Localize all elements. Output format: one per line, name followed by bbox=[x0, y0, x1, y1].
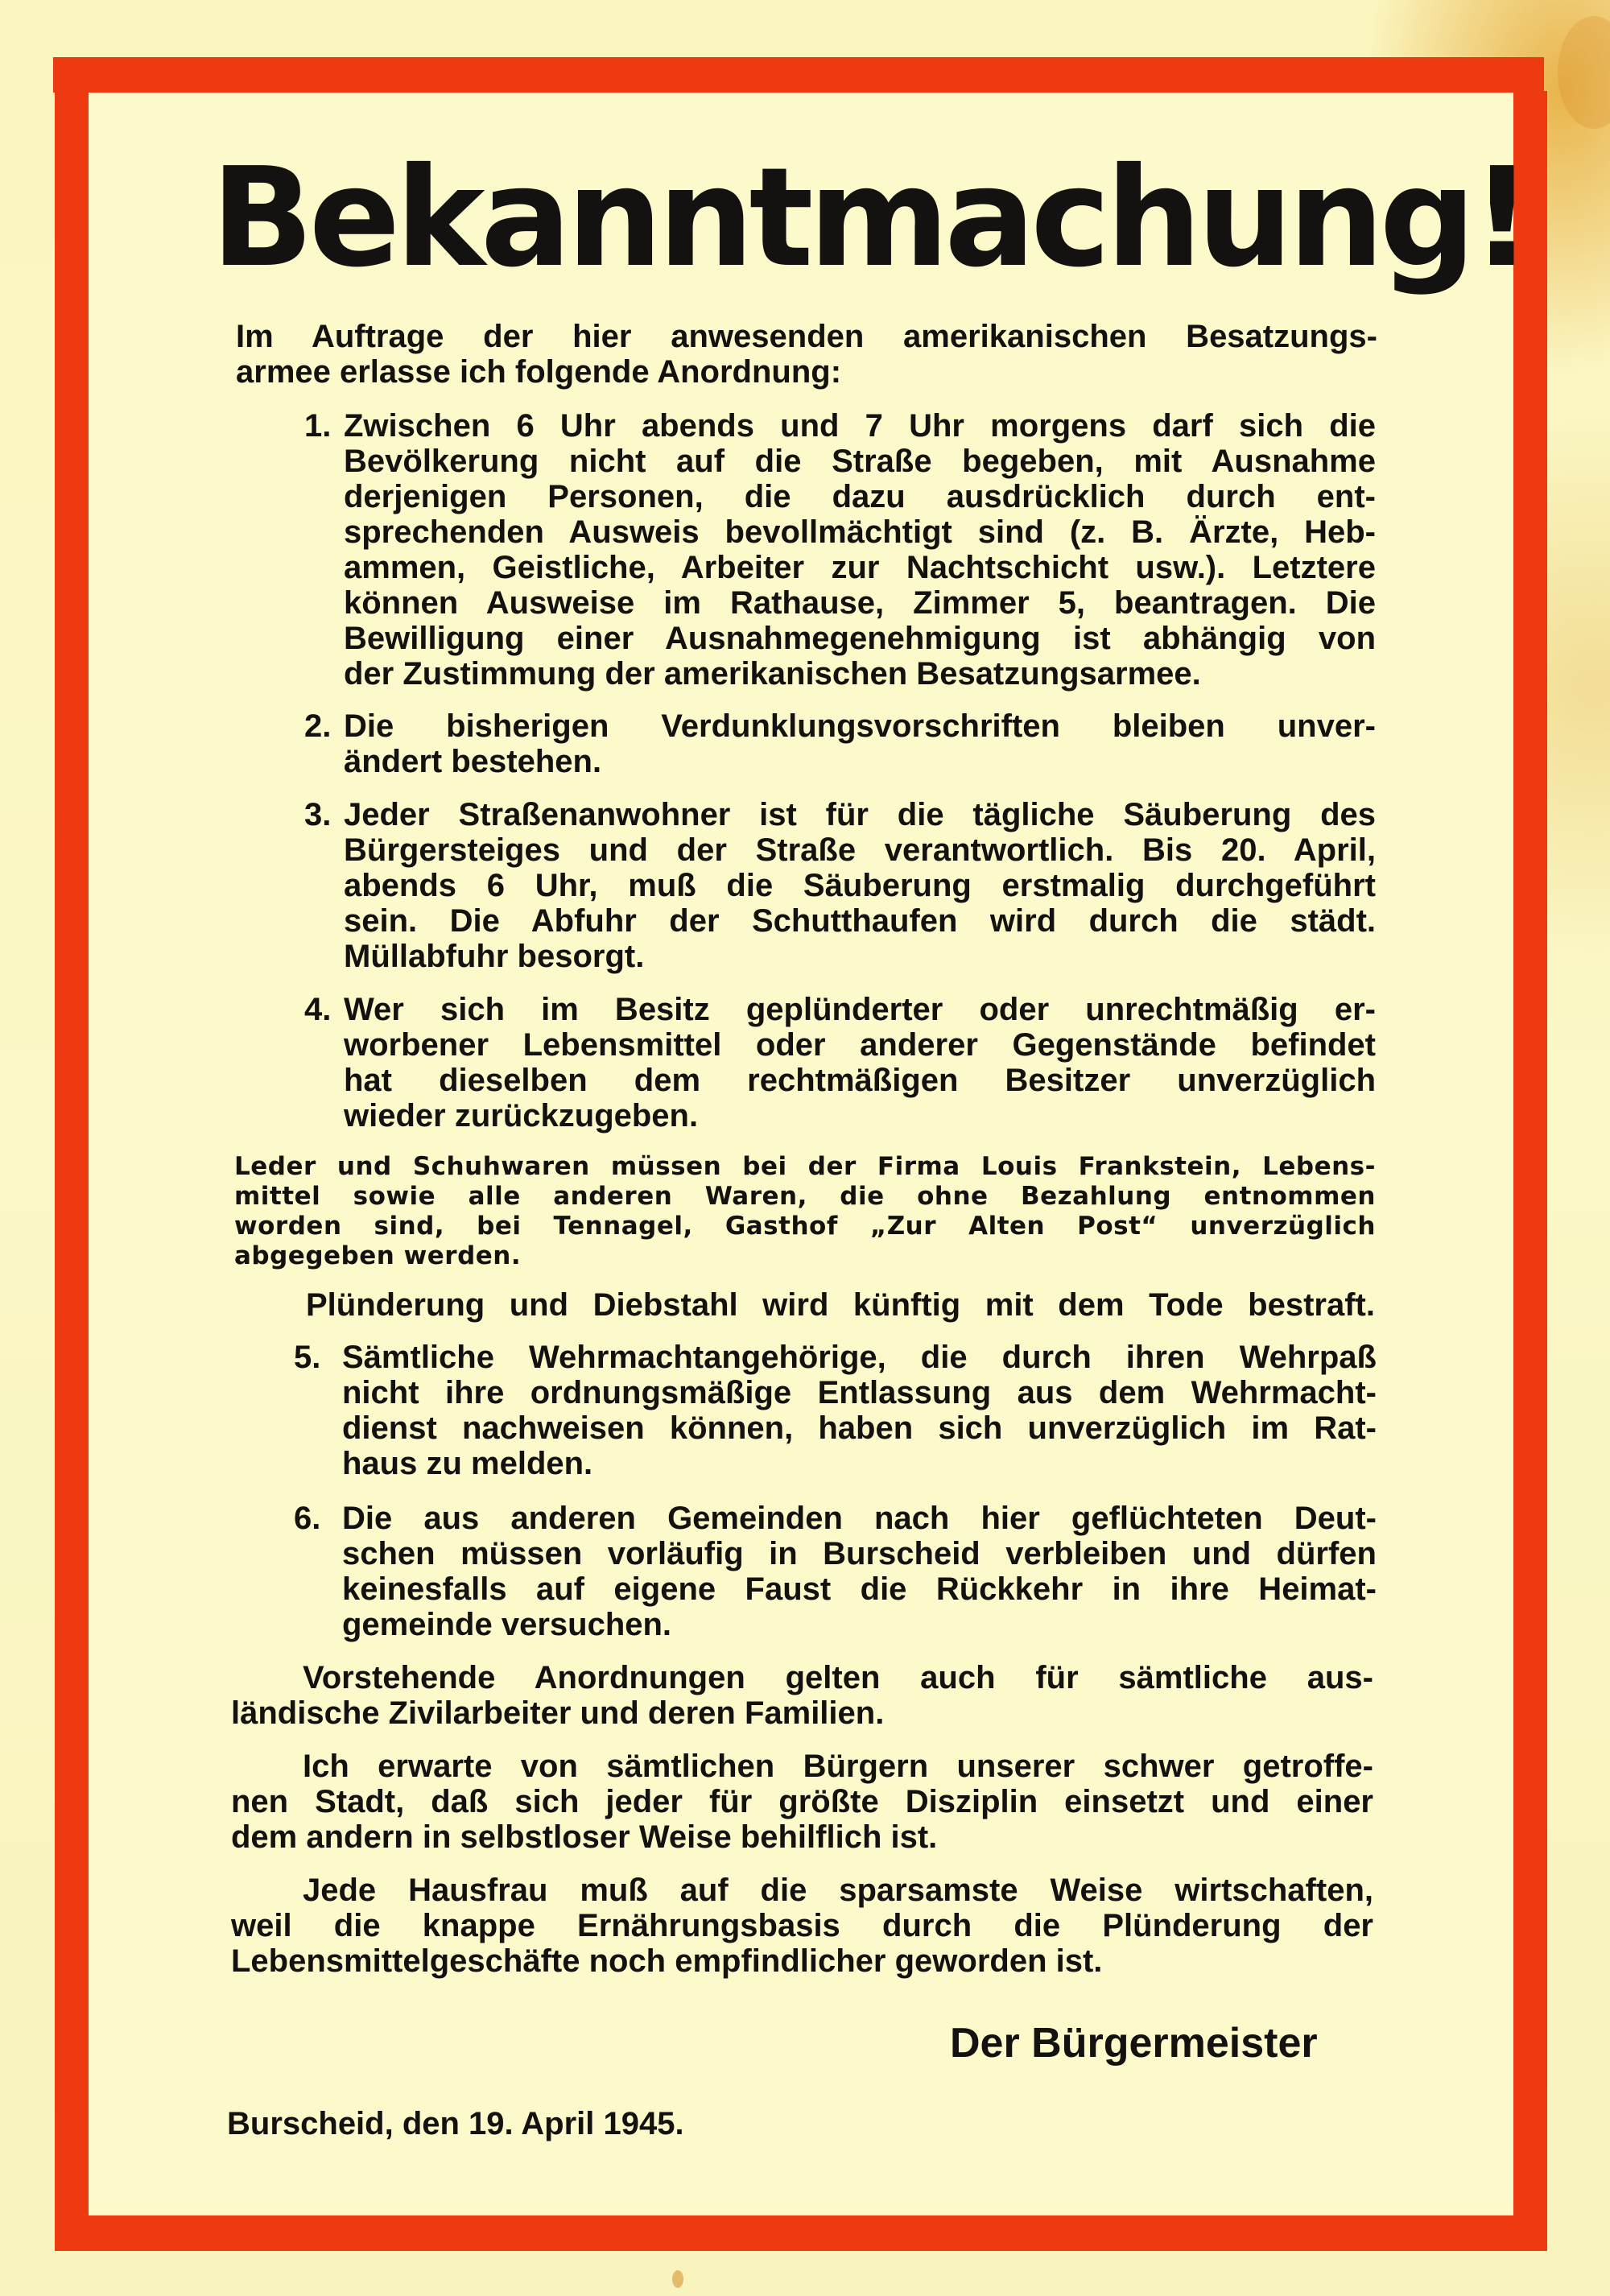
item-number: 6. bbox=[294, 1501, 320, 1536]
paragraph-line: Vorstehende Anordnungen gelten auch für … bbox=[303, 1660, 1373, 1695]
item-line: hat dieselben dem rechtmäßigen Besitzer … bbox=[344, 1063, 1376, 1098]
item-line: schen müssen vorläufig in Burscheid verb… bbox=[342, 1536, 1377, 1571]
frame-bottom bbox=[55, 2215, 1547, 2251]
item-line: ammen, Geistliche, Arbeiter zur Nachtsch… bbox=[344, 550, 1376, 585]
item-line: Sämtliche Wehrmachtangehörige, die durch… bbox=[342, 1340, 1377, 1375]
item-line: Bürgersteiges und der Straße verantwortl… bbox=[344, 832, 1376, 868]
item-line: derjenigen Personen, die dazu ausdrückli… bbox=[344, 479, 1376, 514]
item-line: Zwischen 6 Uhr abends und 7 Uhr morgens … bbox=[344, 408, 1376, 444]
item-line: gemeinde versuchen. bbox=[342, 1607, 1377, 1642]
paragraph-line: weil die knappe Ernährungsbasis durch di… bbox=[231, 1908, 1373, 1943]
note-line: mittel sowie alle anderen Waren, die ohn… bbox=[234, 1182, 1376, 1211]
item-line: wieder zurückzugeben. bbox=[344, 1098, 1376, 1134]
paragraph-line: ländische Zivilarbeiter und deren Famili… bbox=[231, 1695, 1373, 1731]
item-line: Jeder Straßenanwohner ist für die täglic… bbox=[344, 797, 1376, 832]
item-line: worbener Lebensmittel oder anderer Gegen… bbox=[344, 1027, 1376, 1063]
item-line: nicht ihre ordnungsmäßige Entlassung aus… bbox=[342, 1375, 1377, 1410]
item-line: Wer sich im Besitz geplünderter oder unr… bbox=[344, 992, 1376, 1027]
item-line: sprechenden Ausweis bevollmächtigt sind … bbox=[344, 514, 1376, 550]
paragraph-line: Ich erwarte von sämtlichen Bürgern unser… bbox=[303, 1749, 1373, 1784]
item-number: 2. bbox=[304, 708, 331, 744]
item-line: haus zu melden. bbox=[342, 1446, 1377, 1481]
item-line: abends 6 Uhr, muß die Säuberung erstmali… bbox=[344, 868, 1376, 903]
item-number: 4. bbox=[304, 992, 331, 1027]
paragraph-line: dem andern in selbstloser Weise behilfli… bbox=[231, 1819, 1373, 1855]
item-line: Die aus anderen Gemeinden nach hier gefl… bbox=[342, 1501, 1377, 1536]
frame-right bbox=[1513, 91, 1547, 2249]
paper-stain bbox=[672, 2270, 683, 2288]
item-number: 5. bbox=[294, 1340, 320, 1375]
note-line: worden sind, bei Tennagel, Gasthof „Zur … bbox=[234, 1212, 1376, 1241]
item-line: sein. Die Abfuhr der Schutthaufen wird d… bbox=[344, 903, 1376, 939]
item-line: können Ausweise im Rathause, Zimmer 5, b… bbox=[344, 585, 1376, 621]
item-line: ändert bestehen. bbox=[344, 744, 1376, 779]
item-number: 3. bbox=[304, 797, 331, 832]
paragraph-line: nen Stadt, daß sich jeder für größte Dis… bbox=[231, 1784, 1373, 1819]
paragraph-line: Lebensmittelgeschäfte noch empfindlicher… bbox=[231, 1943, 1373, 1979]
item-line: der Zustimmung der amerikanischen Besatz… bbox=[344, 656, 1376, 692]
frame-left bbox=[55, 91, 89, 2251]
frame-top bbox=[53, 57, 1544, 93]
paragraph-line: Jede Hausfrau muß auf die sparsamste Wei… bbox=[303, 1873, 1373, 1908]
signature: Der Bürgermeister bbox=[950, 2021, 1318, 2066]
item-line: Die bisherigen Verdunklungsvorschriften … bbox=[344, 708, 1376, 744]
item-line: dienst nachweisen können, haben sich unv… bbox=[342, 1410, 1377, 1446]
paper-stain bbox=[1558, 16, 1610, 129]
penalty-line: Plünderung und Diebstahl wird künftig mi… bbox=[306, 1287, 1375, 1323]
note-line: abgegeben werden. bbox=[234, 1241, 1376, 1270]
intro-line: Im Auftrage der hier anwesenden amerikan… bbox=[236, 319, 1377, 354]
place-date: Burscheid, den 19. April 1945. bbox=[227, 2106, 684, 2141]
note-line: Leder und Schuhwaren müssen bei der Firm… bbox=[234, 1152, 1376, 1181]
item-line: Bewilligung einer Ausnahmegenehmigung is… bbox=[344, 621, 1376, 656]
item-line: Bevölkerung nicht auf die Straße begeben… bbox=[344, 444, 1376, 479]
poster-title: Bekanntmachung! bbox=[211, 150, 1528, 287]
item-line: Müllabfuhr besorgt. bbox=[344, 939, 1376, 974]
item-line: keinesfalls auf eigene Faust die Rückkeh… bbox=[342, 1571, 1377, 1607]
item-number: 1. bbox=[304, 408, 331, 444]
intro-line: armee erlasse ich folgende Anordnung: bbox=[236, 354, 1377, 390]
